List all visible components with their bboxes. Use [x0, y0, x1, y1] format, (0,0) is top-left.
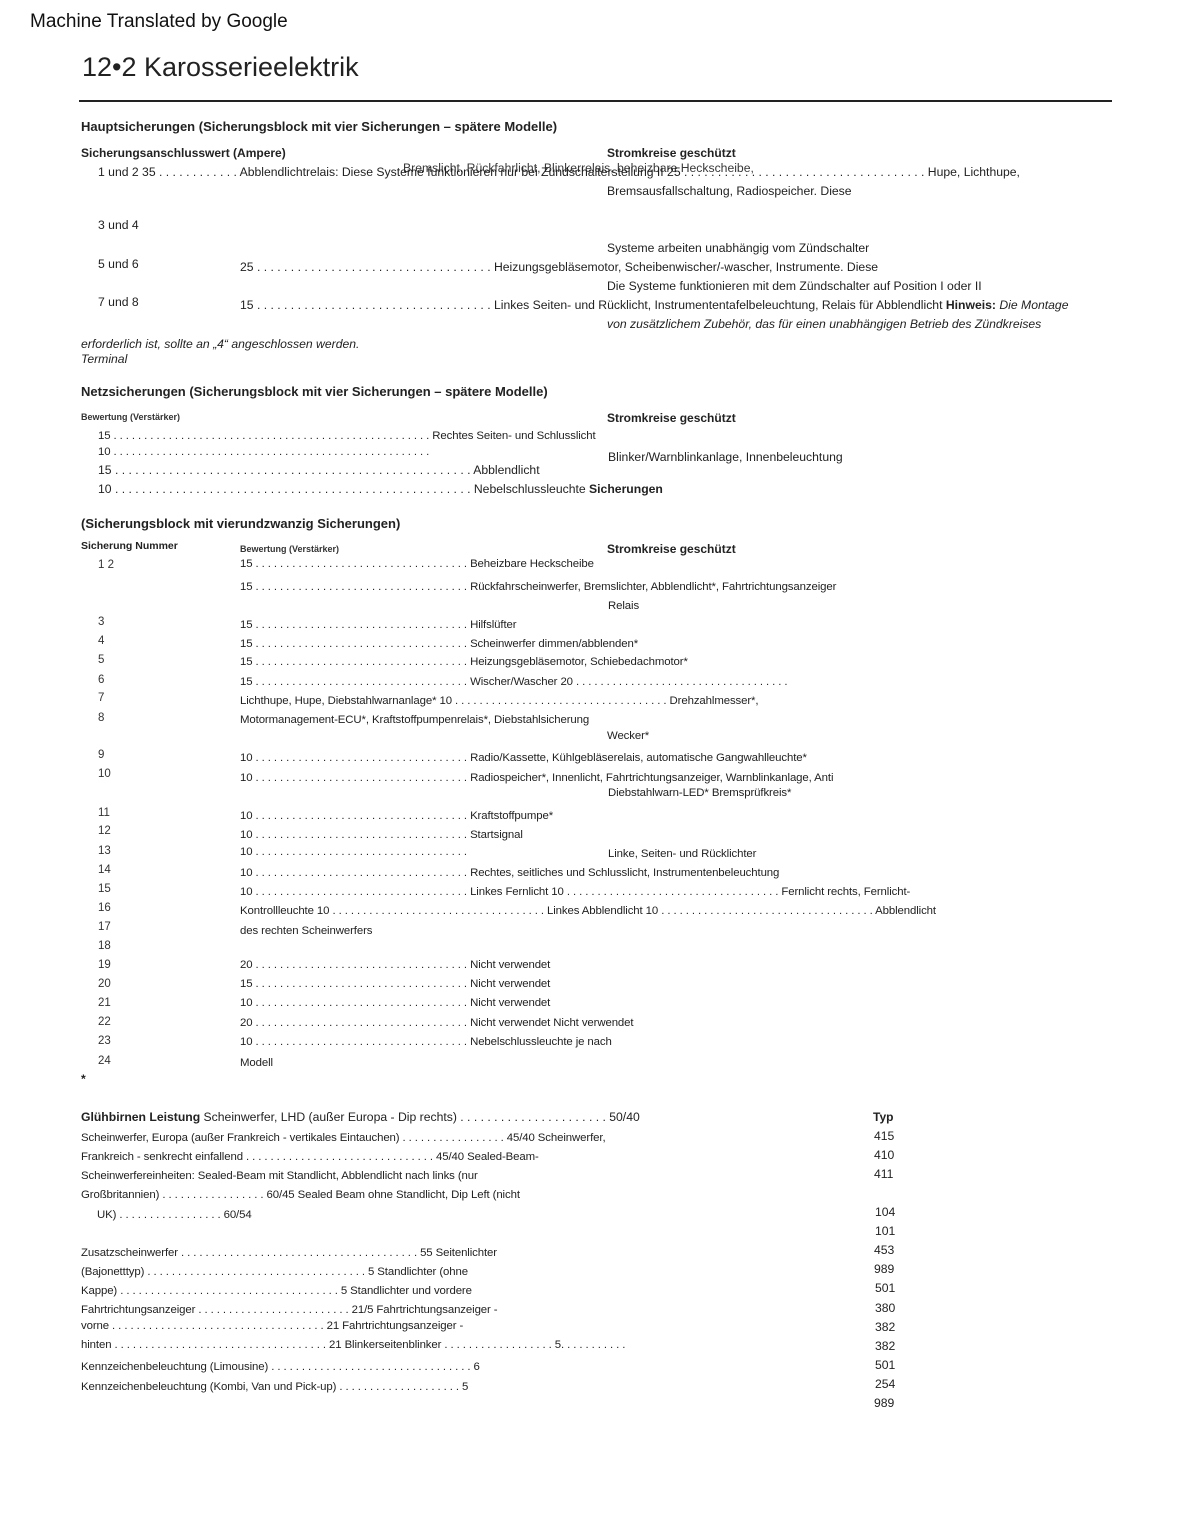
fuse-line: 10 . . . . . . . . . . . . . . . . . . .…: [240, 868, 779, 879]
fuse-number: 12: [98, 826, 111, 838]
fuse-line: Wecker*: [607, 731, 649, 742]
fuse-number: 3: [98, 617, 104, 629]
net-fuses-heading: Netzsicherungen (Sicherungsblock mit vie…: [81, 385, 548, 398]
bulb-line-text: Scheinwerfer, LHD (außer Europa - Dip re…: [200, 1110, 640, 1124]
fuse-number: 7: [98, 693, 104, 705]
bulb-type: 380: [875, 1302, 895, 1314]
bulb-type: 989: [874, 1397, 894, 1409]
fuse-number: 15: [98, 884, 111, 896]
note-text: erforderlich ist, sollte an „4“ angeschl…: [81, 338, 359, 350]
fuse-line: Lichthupe, Hupe, Diebstahlwarnanlage* 10…: [240, 696, 758, 707]
fuse-number: 21: [98, 998, 111, 1010]
net-fuse-row: 10 . . . . . . . . . . . . . . . . . . .…: [98, 483, 663, 495]
main-fuses-line: 25 . . . . . . . . . . . . . . . . . . .…: [240, 261, 878, 273]
bulbs-heading: Glühbirnen Leistung: [81, 1110, 200, 1124]
main-fuses-line-text: 15 . . . . . . . . . . . . . . . . . . .…: [240, 298, 946, 312]
fuse-number: 9: [98, 750, 104, 762]
fuse-number: 16: [98, 903, 111, 915]
bulbs-col-type: Typ: [873, 1111, 893, 1123]
main-fuses-line: Systeme arbeiten unabhängig vom Zündscha…: [607, 242, 869, 254]
fuse-number: 10: [98, 769, 111, 781]
fuse-number: 11: [98, 808, 110, 820]
bulb-line: Scheinwerfereinheiten: Sealed-Beam mit S…: [81, 1171, 478, 1182]
net-fuse-row-text: 10 . . . . . . . . . . . . . . . . . . .…: [98, 482, 589, 496]
fuse-number: 23: [98, 1036, 111, 1048]
bulb-type: 382: [875, 1321, 895, 1333]
bulb-type: 989: [874, 1263, 894, 1275]
fuse-number: 18: [98, 941, 111, 953]
fuse-line: Relais: [608, 601, 639, 612]
fuses24-heading: (Sicherungsblock mit vierundzwanzig Sich…: [81, 517, 400, 530]
main-fuses-col-rating: Sicherungsanschlusswert (Ampere): [81, 147, 286, 159]
fuse-line: 15 . . . . . . . . . . . . . . . . . . .…: [240, 559, 594, 570]
bulb-line: Großbritannien) . . . . . . . . . . . . …: [81, 1190, 520, 1201]
net-fuse-circuit: Blinker/Warnblinkanlage, Innenbeleuchtun…: [608, 451, 843, 463]
bulb-line: Glühbirnen Leistung Scheinwerfer, LHD (a…: [81, 1111, 640, 1123]
bulb-type: 410: [874, 1149, 894, 1161]
fuse-number: 14: [98, 865, 111, 877]
fuses24-col-rating: Bewertung (Verstärker): [240, 545, 339, 554]
fuse-line: Motormanagement-ECU*, Kraftstoffpumpenre…: [240, 715, 589, 726]
machine-translation-banner: Machine Translated by Google: [30, 12, 288, 31]
bulb-line: Zusatzscheinwerfer . . . . . . . . . . .…: [81, 1248, 497, 1259]
bulb-type: 411: [874, 1168, 893, 1180]
main-fuses-line-overlap: Bremslicht, Rückfahrlicht, Blinkerrelais…: [403, 162, 754, 174]
fuse-line: 20 . . . . . . . . . . . . . . . . . . .…: [240, 1018, 633, 1029]
bulb-line: Kappe) . . . . . . . . . . . . . . . . .…: [81, 1286, 472, 1297]
fuse-number: 19: [98, 960, 111, 972]
fuse-line: 15 . . . . . . . . . . . . . . . . . . .…: [240, 639, 638, 650]
fuse-line: 10 . . . . . . . . . . . . . . . . . . .…: [240, 830, 523, 841]
main-fuses-line: 15 . . . . . . . . . . . . . . . . . . .…: [240, 299, 1068, 311]
fuse-line: 10 . . . . . . . . . . . . . . . . . . .…: [240, 847, 467, 858]
fuse-number: 17: [98, 922, 111, 934]
title-divider: [79, 100, 1112, 102]
fuses24-col-number: Sicherung Nummer: [81, 541, 178, 552]
bulb-type: 104: [875, 1206, 895, 1218]
fuse-line: Diebstahlwarn-LED* Bremsprüfkreis*: [608, 788, 791, 799]
bulb-type: 101: [875, 1225, 895, 1237]
net-fuse-row: 15 . . . . . . . . . . . . . . . . . . .…: [98, 431, 596, 442]
net-fuse-row: 15 . . . . . . . . . . . . . . . . . . .…: [98, 464, 540, 476]
bulb-line: Fahrtrichtungsanzeiger . . . . . . . . .…: [81, 1305, 498, 1316]
bulb-line: Scheinwerfer, Europa (außer Frankreich -…: [81, 1133, 606, 1144]
net-fuse-row-bold: Sicherungen: [589, 482, 663, 496]
bulb-line: Kennzeichenbeleuchtung (Kombi, Van und P…: [81, 1382, 468, 1393]
fuse-line: Linke, Seiten- und Rücklichter: [608, 849, 756, 860]
fuse-number: 20: [98, 979, 111, 991]
bulb-line: vorne . . . . . . . . . . . . . . . . . …: [81, 1321, 463, 1332]
fuse-line: des rechten Scheinwerfers: [240, 926, 372, 937]
bulb-line: (Bajonetttyp) . . . . . . . . . . . . . …: [81, 1267, 468, 1278]
bulb-type: 382: [875, 1340, 895, 1352]
fuse-number: 6: [98, 675, 104, 687]
bulb-type: 501: [875, 1359, 895, 1371]
fuse-line: 15 . . . . . . . . . . . . . . . . . . .…: [240, 657, 688, 668]
bulb-type: 501: [875, 1282, 895, 1294]
note-text: Terminal: [81, 353, 127, 365]
fuse-line: 15 . . . . . . . . . . . . . . . . . . .…: [240, 620, 516, 631]
main-fuses-number: 3 und 4: [98, 219, 139, 231]
main-fuses-line: Die Systeme funktionieren mit dem Zündsc…: [607, 280, 982, 292]
fuse-number: 8: [98, 713, 104, 725]
fuse-line: 10 . . . . . . . . . . . . . . . . . . .…: [240, 998, 550, 1009]
bulb-line: Kennzeichenbeleuchtung (Limousine) . . .…: [81, 1362, 480, 1373]
fuse-line: Kontrollleuchte 10 . . . . . . . . . . .…: [240, 906, 936, 917]
note-text: von zusätzlichem Zubehör, das für einen …: [607, 318, 1041, 330]
fuse-line: 15 . . . . . . . . . . . . . . . . . . .…: [240, 677, 787, 688]
bulb-type: 254: [875, 1378, 895, 1390]
bulb-line: Frankreich - senkrecht einfallend . . . …: [81, 1152, 539, 1163]
fuse-line: 10 . . . . . . . . . . . . . . . . . . .…: [240, 887, 910, 898]
fuse-line: Modell: [240, 1058, 273, 1069]
main-fuses-number: 7 und 8: [98, 296, 139, 308]
fuse-number: 13: [98, 846, 111, 858]
bulb-line: UK) . . . . . . . . . . . . . . . . . 60…: [97, 1210, 252, 1221]
fuse-line: 10 . . . . . . . . . . . . . . . . . . .…: [240, 1037, 612, 1048]
fuse-line: 15 . . . . . . . . . . . . . . . . . . .…: [240, 582, 836, 593]
fuse-line: 10 . . . . . . . . . . . . . . . . . . .…: [240, 753, 807, 764]
main-fuses-col-circuits: Stromkreise geschützt: [607, 147, 736, 159]
note-label: Hinweis:: [946, 298, 996, 312]
fuse-line: 10 . . . . . . . . . . . . . . . . . . .…: [240, 773, 833, 784]
net-fuses-col-rating: Bewertung (Verstärker): [81, 413, 180, 422]
fuses24-col-circuits: Stromkreise geschützt: [607, 543, 736, 555]
main-fuses-heading: Hauptsicherungen (Sicherungsblock mit vi…: [81, 120, 557, 133]
fuse-number: 22: [98, 1017, 111, 1029]
bulb-type: 415: [874, 1130, 894, 1142]
net-fuses-col-circuits: Stromkreise geschützt: [607, 412, 736, 424]
fuse-line: 20 . . . . . . . . . . . . . . . . . . .…: [240, 960, 550, 971]
bulb-type: 453: [874, 1244, 894, 1256]
fuse-number: 1 2: [98, 560, 114, 572]
fuse-number: 4: [98, 636, 104, 648]
footnote-mark: *: [81, 1073, 86, 1085]
page-title: 12•2 Karosserieelektrik: [82, 54, 359, 81]
note-text: Die Montage: [996, 298, 1069, 312]
bulb-line: hinten . . . . . . . . . . . . . . . . .…: [81, 1340, 625, 1351]
fuse-number: 5: [98, 655, 104, 667]
fuse-number: 24: [98, 1056, 111, 1068]
main-fuses-line: Bremsausfallschaltung, Radiospeicher. Di…: [607, 185, 852, 197]
main-fuses-number: 5 und 6: [98, 258, 139, 270]
fuse-line: 15 . . . . . . . . . . . . . . . . . . .…: [240, 979, 550, 990]
fuse-line: 10 . . . . . . . . . . . . . . . . . . .…: [240, 811, 553, 822]
net-fuse-row: 10 . . . . . . . . . . . . . . . . . . .…: [98, 447, 429, 458]
